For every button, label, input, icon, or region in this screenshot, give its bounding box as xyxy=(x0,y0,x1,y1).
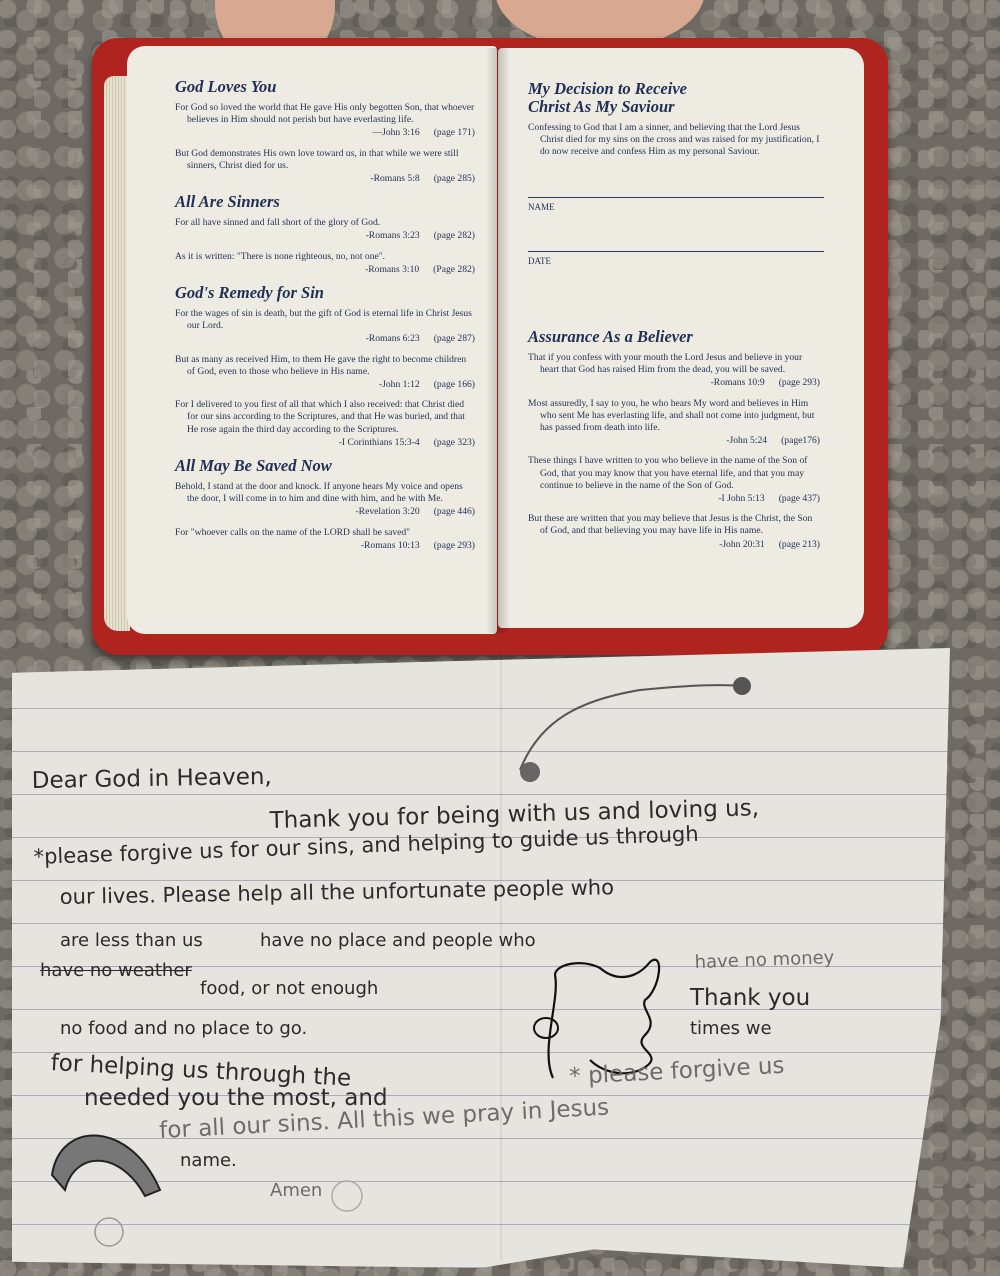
letter-line: are less than us xyxy=(60,930,203,951)
letter-signoff: Amen xyxy=(270,1180,322,1201)
letter-line: name. xyxy=(180,1150,237,1171)
letter-line: have no place and people who xyxy=(260,930,536,951)
letter-line: Thank you xyxy=(690,985,810,1011)
letter-line: times we xyxy=(690,1018,772,1039)
letter-line-greeting: Dear God in Heaven, xyxy=(32,764,272,794)
letter-line: no food and no place to go. xyxy=(60,1018,307,1039)
letter-line: food, or not enough xyxy=(200,978,378,999)
letter-line-struck: have no weather xyxy=(40,960,192,981)
letter-line: needed you the most, and xyxy=(84,1085,388,1111)
